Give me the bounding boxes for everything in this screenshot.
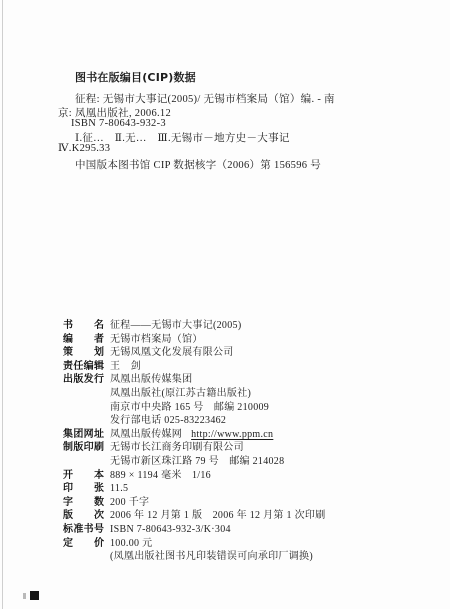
field-value: 王 剑 [110, 360, 141, 374]
field-value: 无锡市档案局（馆） [110, 333, 203, 347]
field-label: 开本 [63, 469, 104, 483]
scan-smudge-mark [23, 593, 26, 599]
cip-entry-line: 征程: 无锡市大事记(2005)/ 无锡市档案局（馆）编. - 南 [75, 91, 335, 106]
field-value: 2006 年 12 月第 1 版 2006 年 12 月第 1 次印刷 [110, 509, 326, 523]
field-value: 凤凰出版传媒网http://www.ppm.cn [110, 428, 273, 442]
colophon-row-printer: 制版印刷 无锡市长江商务印刷有限公司 无锡市新区珠江路 79 号 邮编 2140… [63, 441, 423, 468]
field-value: 11.5 [110, 482, 128, 496]
field-value: 无锡凤凰文化发展有限公司 [110, 346, 234, 360]
colophon-row-editor: 编者 无锡市档案局（馆） [63, 333, 423, 347]
field-label: 印张 [63, 482, 104, 496]
colophon-row-website: 集团网址 凤凰出版传媒网http://www.ppm.cn [63, 428, 423, 442]
printer-line: 无锡市长江商务印刷有限公司 [110, 441, 284, 455]
colophon-row-price: 定价 100.00 元 (凤凰出版社图书凡印装错误可向承印厂调换) [63, 537, 423, 564]
field-value: 200 千字 [110, 496, 149, 510]
field-label: 出版发行 [63, 373, 104, 387]
field-label: 书名 [63, 319, 104, 333]
printer-address: 无锡市新区珠江路 79 号 邮编 214028 [110, 455, 284, 469]
publisher-phone: 发行部电话 025-83223462 [110, 414, 269, 428]
colophon-row-responsible-editor: 责任编辑 王 剑 [63, 360, 423, 374]
website-name: 凤凰出版传媒网 [110, 429, 182, 440]
field-label: 版次 [63, 509, 104, 523]
colophon-row-publisher: 出版发行 凤凰出版传媒集团 凤凰出版社(原江苏古籍出版社) 南京市中央路 165… [63, 373, 423, 427]
colophon-row-planner: 策划 无锡凤凰文化发展有限公司 [63, 346, 423, 360]
book-copyright-page: 图书在版编目(CIP)数据 征程: 无锡市大事记(2005)/ 无锡市档案局（馆… [0, 0, 450, 609]
field-value: ISBN 7-80643-932-3/K·304 [110, 523, 231, 537]
field-label: 字数 [63, 496, 104, 510]
colophon-row-wordcount: 字数 200 千字 [63, 496, 423, 510]
field-value: 889 × 1194 毫米 1/16 [110, 469, 211, 483]
field-label: 编者 [63, 333, 104, 347]
field-value: 征程——无锡市大事记(2005) [110, 319, 241, 333]
scan-edge-line [2, 0, 3, 609]
page-corner-mark [30, 591, 39, 600]
field-label: 定价 [63, 537, 104, 551]
cip-isbn-line: ISBN 7-80643-932-3 [71, 118, 166, 129]
field-label: 策划 [63, 346, 104, 360]
exchange-notice: (凤凰出版社图书凡印装错误可向承印厂调换) [110, 550, 313, 564]
colophon-row-title: 书名 征程——无锡市大事记(2005) [63, 319, 423, 333]
field-label: 集团网址 [63, 428, 104, 442]
field-value: 100.00 元 (凤凰出版社图书凡印装错误可向承印厂调换) [110, 537, 313, 564]
price-value: 100.00 元 [110, 537, 313, 551]
field-label: 责任编辑 [63, 360, 104, 374]
field-value: 凤凰出版传媒集团 凤凰出版社(原江苏古籍出版社) 南京市中央路 165 号 邮编… [110, 373, 269, 427]
field-label: 标准书号 [63, 523, 104, 537]
colophon-section: 书名 征程——无锡市大事记(2005) 编者 无锡市档案局（馆） 策划 无锡凤凰… [63, 319, 423, 564]
colophon-row-format: 开本 889 × 1194 毫米 1/16 [63, 469, 423, 483]
cip-record-number: 中国版本图书馆 CIP 数据核字（2006）第 156596 号 [75, 157, 321, 172]
cip-header: 图书在版编目(CIP)数据 [75, 69, 196, 85]
colophon-row-sheets: 印张 11.5 [63, 482, 423, 496]
cip-classification-line: Ⅳ.K295.33 [58, 142, 110, 154]
website-url: http://www.ppm.cn [191, 429, 273, 440]
publisher-line: 凤凰出版社(原江苏古籍出版社) [110, 387, 269, 401]
colophon-row-edition: 版次 2006 年 12 月第 1 版 2006 年 12 月第 1 次印刷 [63, 509, 423, 523]
field-label: 制版印刷 [63, 441, 104, 455]
field-value: 无锡市长江商务印刷有限公司 无锡市新区珠江路 79 号 邮编 214028 [110, 441, 284, 468]
publisher-line: 凤凰出版传媒集团 [110, 373, 269, 387]
publisher-address: 南京市中央路 165 号 邮编 210009 [110, 401, 269, 415]
colophon-row-isbn: 标准书号 ISBN 7-80643-932-3/K·304 [63, 523, 423, 537]
